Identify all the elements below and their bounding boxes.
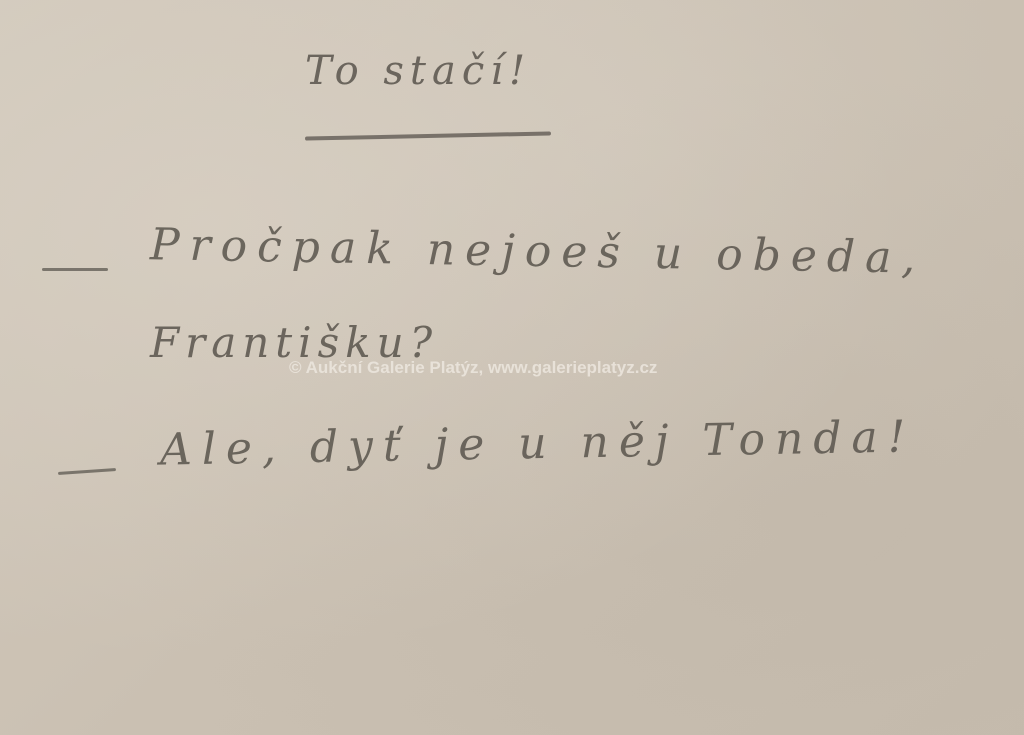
note-line-3: Ale, dyť je u něj Tonda! — [160, 411, 916, 475]
note-line-1: Pročpak nejoeš u obeda, — [150, 219, 926, 284]
note-title: To stačí! — [305, 48, 531, 94]
title-underline — [305, 131, 551, 140]
handwritten-note-paper: To stačí! Pročpak nejoeš u obeda, Franti… — [0, 0, 1024, 735]
dialogue-dash-2 — [58, 468, 116, 475]
copyright-watermark: © Aukční Galerie Platýz, www.galerieplat… — [289, 358, 657, 378]
dialogue-dash-1 — [42, 268, 108, 271]
